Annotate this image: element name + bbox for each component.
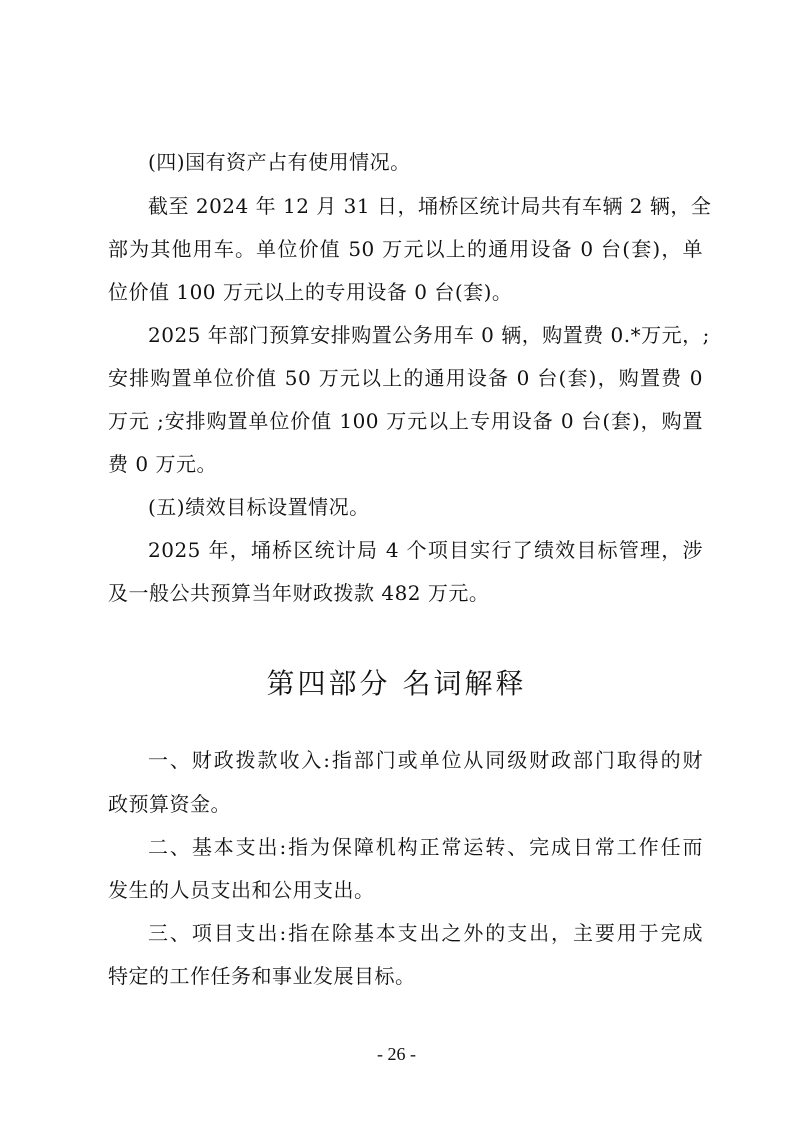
performance-paragraph-line: 及一般公共预算当年财政拨款 482 万元。 <box>108 578 703 608</box>
glossary-term-line: 特定的工作任务和事业发展目标。 <box>108 961 703 991</box>
page-number: - 26 - <box>0 1042 793 1066</box>
section-heading-assets: (四)国有资产占有使用情况。 <box>148 147 703 177</box>
section-heading-performance: (五)绩效目标设置情况。 <box>148 492 703 522</box>
document-page: (四)国有资产占有使用情况。 截至 2024 年 12 月 31 日，埇桥区统计… <box>0 0 793 1122</box>
assets-paragraph-line: 截至 2024 年 12 月 31 日，埇桥区统计局共有车辆 2 辆，全 <box>148 191 703 221</box>
budget-paragraph-line: 费 0 万元。 <box>108 449 703 479</box>
part-title: 第四部分 名词解释 <box>0 664 793 704</box>
performance-paragraph-line: 2025 年，埇桥区统计局 4 个项目实行了绩效目标管理，涉 <box>148 535 703 565</box>
budget-paragraph-line: 安排购置单位价值 50 万元以上的通用设备 0 台(套)，购置费 0 <box>108 363 703 393</box>
glossary-term-line: 三、项目支出:指在除基本支出之外的支出，主要用于完成 <box>148 918 703 948</box>
assets-paragraph-line: 位价值 100 万元以上的专用设备 0 台(套)。 <box>108 277 703 307</box>
budget-paragraph-line: 万元 ;安排购置单位价值 100 万元以上专用设备 0 台(套)，购置 <box>108 406 703 436</box>
glossary-term-line: 一、财政拨款收入:指部门或单位从同级财政部门取得的财 <box>148 745 703 775</box>
glossary-term-line: 二、基本支出:指为保障机构正常运转、完成日常工作任而 <box>148 832 703 862</box>
glossary-term-line: 政预算资金。 <box>108 789 703 819</box>
assets-paragraph-line: 部为其他用车。单位价值 50 万元以上的通用设备 0 台(套)，单 <box>108 234 703 264</box>
budget-paragraph-line: 2025 年部门预算安排购置公务用车 0 辆，购置费 0.*万元，; <box>148 320 703 350</box>
glossary-term-line: 发生的人员支出和公用支出。 <box>108 875 703 905</box>
